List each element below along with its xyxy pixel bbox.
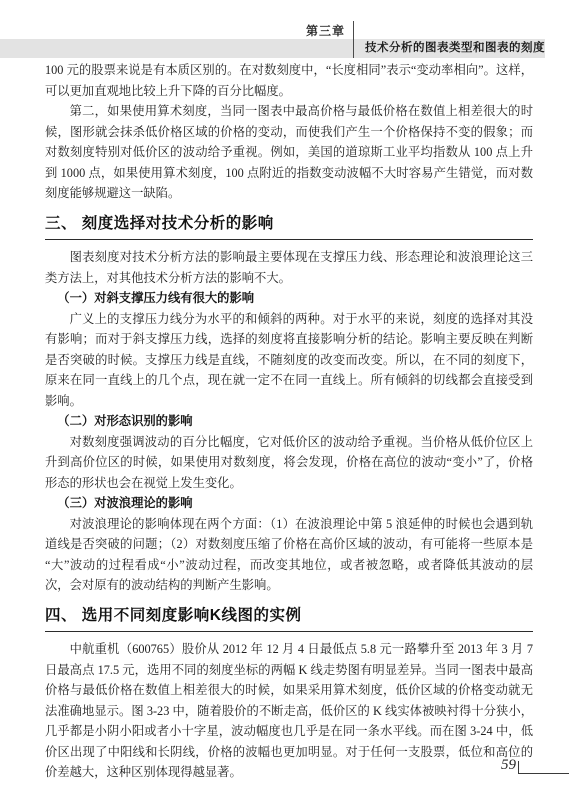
section-heading-scale-impact: 三、 刻度选择对技术分析的影响	[45, 214, 533, 241]
paragraph-section3-intro: 图表刻度对技术分析方法的影响最主要体现在支撑压力线、形态理论和波浪理论这三类方法…	[45, 247, 533, 288]
book-page: 第三章 技术分析的图表类型和图表的刻度 100 元的股票来说是有本质区别的。在对…	[0, 0, 569, 800]
paragraph-log-scale-conclusion: 100 元的股票来说是有本质区别的。在对数刻度中，“长度相同”表示“变动率相向”…	[45, 60, 533, 101]
paragraph-arithmetic-scale-drawback: 第二，如果使用算术刻度，当同一图表中最高价格与最低价格在数值上相差很大的时候，图…	[45, 101, 533, 204]
section-heading-kline-example: 四、 选用不同刻度影响K线图的实例	[45, 606, 533, 633]
chapter-title: 技术分析的图表类型和图表的刻度	[365, 39, 545, 58]
paragraph-pattern-impact: 对数刻度强调波动的百分比幅度，它对低价区的波动给予重视。当价格从低价位区上升到高…	[45, 432, 533, 494]
subheading-wave-theory-impact: （三）对波浪理论的影响	[45, 493, 533, 514]
paragraph-trendline-impact: 广义上的支撑压力线分为水平的和倾斜的两种。对于水平的来说，刻度的选择对其没有影响…	[45, 309, 533, 412]
header-bar: 技术分析的图表类型和图表的刻度	[0, 39, 545, 58]
page-body: 100 元的股票来说是有本质区别的。在对数刻度中，“长度相同”表示“变动率相向”…	[45, 60, 533, 783]
chapter-label: 第三章	[306, 22, 345, 39]
page-corner-mark	[518, 761, 569, 774]
paragraph-kline-example: 中航重机（600765）股价从 2012 年 12 月 4 日最低点 5.8 元…	[45, 639, 533, 783]
subheading-pattern-impact: （二）对形态识别的影响	[45, 411, 533, 432]
page-number: 59	[501, 757, 516, 774]
subheading-trendline-impact: （一）对斜支撑压力线有很大的影响	[45, 288, 533, 309]
paragraph-wave-theory-impact: 对波浪理论的影响体现在两个方面：（1）在波浪理论中第 5 浪延伸的时候也会遇到轨…	[45, 514, 533, 596]
header-divider-line	[353, 21, 354, 58]
